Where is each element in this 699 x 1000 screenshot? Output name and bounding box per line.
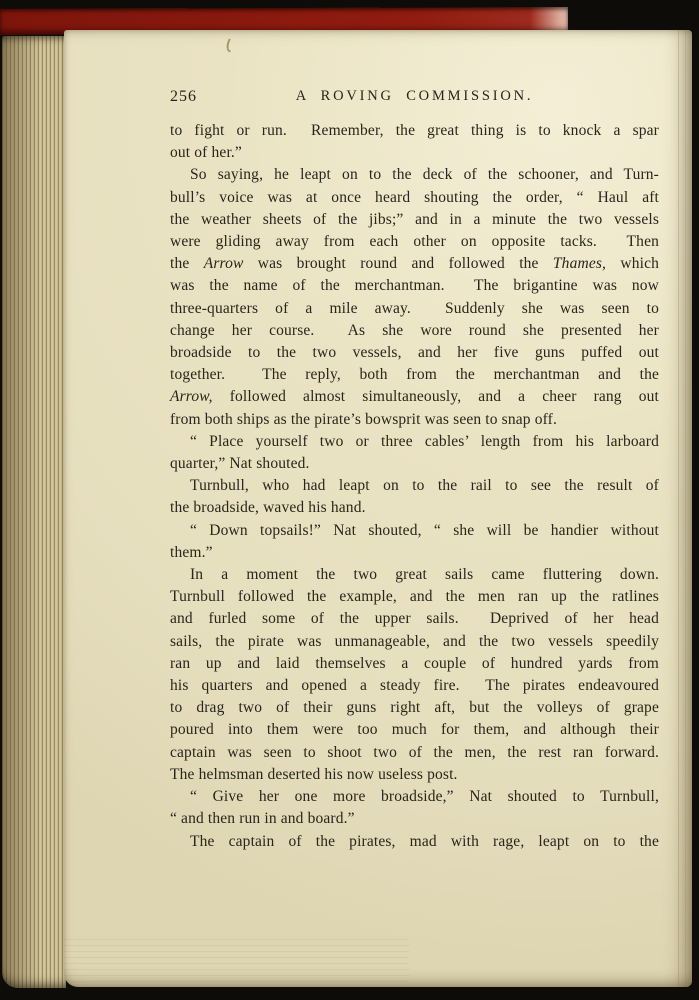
text-segment: The helmsman deserted his now useless po… [170, 766, 458, 783]
text-segment: followed almost simultaneously, and a ch… [213, 388, 659, 405]
text-line: quarter,” Nat shouted. [170, 453, 659, 475]
text-line: sails, the pirate was unmanageable, and … [170, 631, 659, 653]
page-edge-crease [685, 30, 686, 987]
text-line: them.” [170, 542, 659, 564]
text-segment: “ Give her one more broadside,” Nat shou… [190, 788, 659, 805]
book-page: 256 A ROVING COMMISSION. to fight or run… [64, 30, 692, 987]
text-segment: the [170, 255, 204, 272]
text-line: In a moment the two great sails came flu… [170, 564, 659, 586]
text-line: to drag two of their guns right aft, but… [170, 697, 659, 719]
text-line: The helmsman deserted his now useless po… [170, 764, 659, 786]
text-line: poured into them were too much for them,… [170, 719, 659, 741]
text-segment: which [606, 255, 659, 272]
text-line: change her course. As she wore round she… [170, 320, 659, 342]
text-segment: ran up and laid themselves a couple of h… [170, 655, 659, 672]
text-segment: three-quarters of a mile away. Suddenly … [170, 300, 659, 317]
italic-text-segment: Thames, [553, 255, 606, 272]
text-segment: The captain of the pirates, mad with rag… [190, 833, 659, 850]
text-segment: sails, the pirate was unmanageable, and … [170, 633, 659, 650]
text-segment: them.” [170, 544, 213, 561]
text-line: “ Give her one more broadside,” Nat shou… [170, 786, 659, 808]
running-title: A ROVING COMMISSION. [296, 88, 534, 104]
text-line: were gliding away from each other on opp… [170, 231, 659, 253]
text-segment: to drag two of their guns right aft, but… [170, 699, 659, 716]
text-segment: Turnbull, who had leapt on to the rail t… [190, 477, 659, 494]
text-segment: to fight or run. Remember, the great thi… [170, 122, 659, 139]
text-segment: his quarters and opened a steady fire. T… [170, 677, 659, 694]
text-line: Arrow, followed almost simultaneously, a… [170, 386, 659, 408]
text-segment: change her course. As she wore round she… [170, 322, 659, 339]
text-line: from both ships as the pirate’s bowsprit… [170, 409, 659, 431]
text-segment: was brought round and followed the [244, 255, 553, 272]
page-edges-stack [2, 36, 66, 988]
text-line: “ Place yourself two or three cables’ le… [170, 431, 659, 453]
text-line: captain was seen to shoot two of the men… [170, 742, 659, 764]
text-line: Turnbull, who had leapt on to the rail t… [170, 475, 659, 497]
text-segment: In a moment the two great sails came flu… [190, 566, 659, 583]
page-edge-crease [678, 30, 679, 987]
book-photo: 256 A ROVING COMMISSION. to fight or run… [0, 0, 699, 1000]
text-segment: bull’s voice was at once heard shouting … [170, 189, 659, 206]
text-segment: together. The reply, both from the merch… [170, 366, 659, 383]
text-line: bull’s voice was at once heard shouting … [170, 187, 659, 209]
text-line: was the name of the merchantman. The bri… [170, 275, 659, 297]
text-segment: was the name of the merchantman. The bri… [170, 277, 659, 294]
text-segment: the weather sheets of the jibs;” and in … [170, 211, 659, 228]
text-segment: out of her.” [170, 144, 242, 161]
text-line: and furled some of the upper sails. Depr… [170, 608, 659, 630]
text-segment: “ Place yourself two or three cables’ le… [190, 433, 659, 450]
text-line: out of her.” [170, 142, 659, 164]
text-segment: from both ships as the pirate’s bowsprit… [170, 411, 557, 428]
page-number: 256 [170, 86, 197, 108]
text-line: three-quarters of a mile away. Suddenly … [170, 298, 659, 320]
text-line: “ Down topsails!” Nat shouted, “ she wil… [170, 520, 659, 542]
page-header: 256 A ROVING COMMISSION. [170, 85, 659, 105]
text-segment: Turnbull followed the example, and the m… [170, 588, 659, 605]
text-segment: “ and then run in and board.” [170, 810, 355, 827]
text-line: the broadside, waved his hand. [170, 497, 659, 519]
text-segment: were gliding away from each other on opp… [170, 233, 659, 250]
text-line: to fight or run. Remember, the great thi… [170, 120, 659, 142]
text-line: his quarters and opened a steady fire. T… [170, 675, 659, 697]
text-line: Turnbull followed the example, and the m… [170, 586, 659, 608]
ink-speck-mark [223, 39, 235, 53]
text-line: broadside to the two vessels, and her fi… [170, 342, 659, 364]
text-line: together. The reply, both from the merch… [170, 364, 659, 386]
text-segment: captain was seen to shoot two of the men… [170, 744, 659, 761]
text-segment: the broadside, waved his hand. [170, 499, 366, 516]
italic-text-segment: Arrow [204, 255, 244, 272]
page-content: 256 A ROVING COMMISSION. to fight or run… [170, 85, 659, 853]
text-segment: “ Down topsails!” Nat shouted, “ she wil… [190, 522, 659, 539]
text-segment: and furled some of the upper sails. Depr… [170, 610, 659, 627]
text-line: the weather sheets of the jibs;” and in … [170, 209, 659, 231]
text-segment: quarter,” Nat shouted. [170, 455, 310, 472]
text-line: “ and then run in and board.” [170, 808, 659, 830]
text-line: the Arrow was brought round and followed… [170, 253, 659, 275]
text-segment: So saying, he leapt on to the deck of th… [190, 166, 659, 183]
text-line: ran up and laid themselves a couple of h… [170, 653, 659, 675]
text-line: The captain of the pirates, mad with rag… [170, 831, 659, 853]
italic-text-segment: Arrow, [170, 388, 213, 405]
text-segment: poured into them were too much for them,… [170, 721, 659, 738]
page-body: to fight or run. Remember, the great thi… [170, 120, 659, 853]
text-segment: broadside to the two vessels, and her fi… [170, 344, 659, 361]
text-line: So saying, he leapt on to the deck of th… [170, 164, 659, 186]
